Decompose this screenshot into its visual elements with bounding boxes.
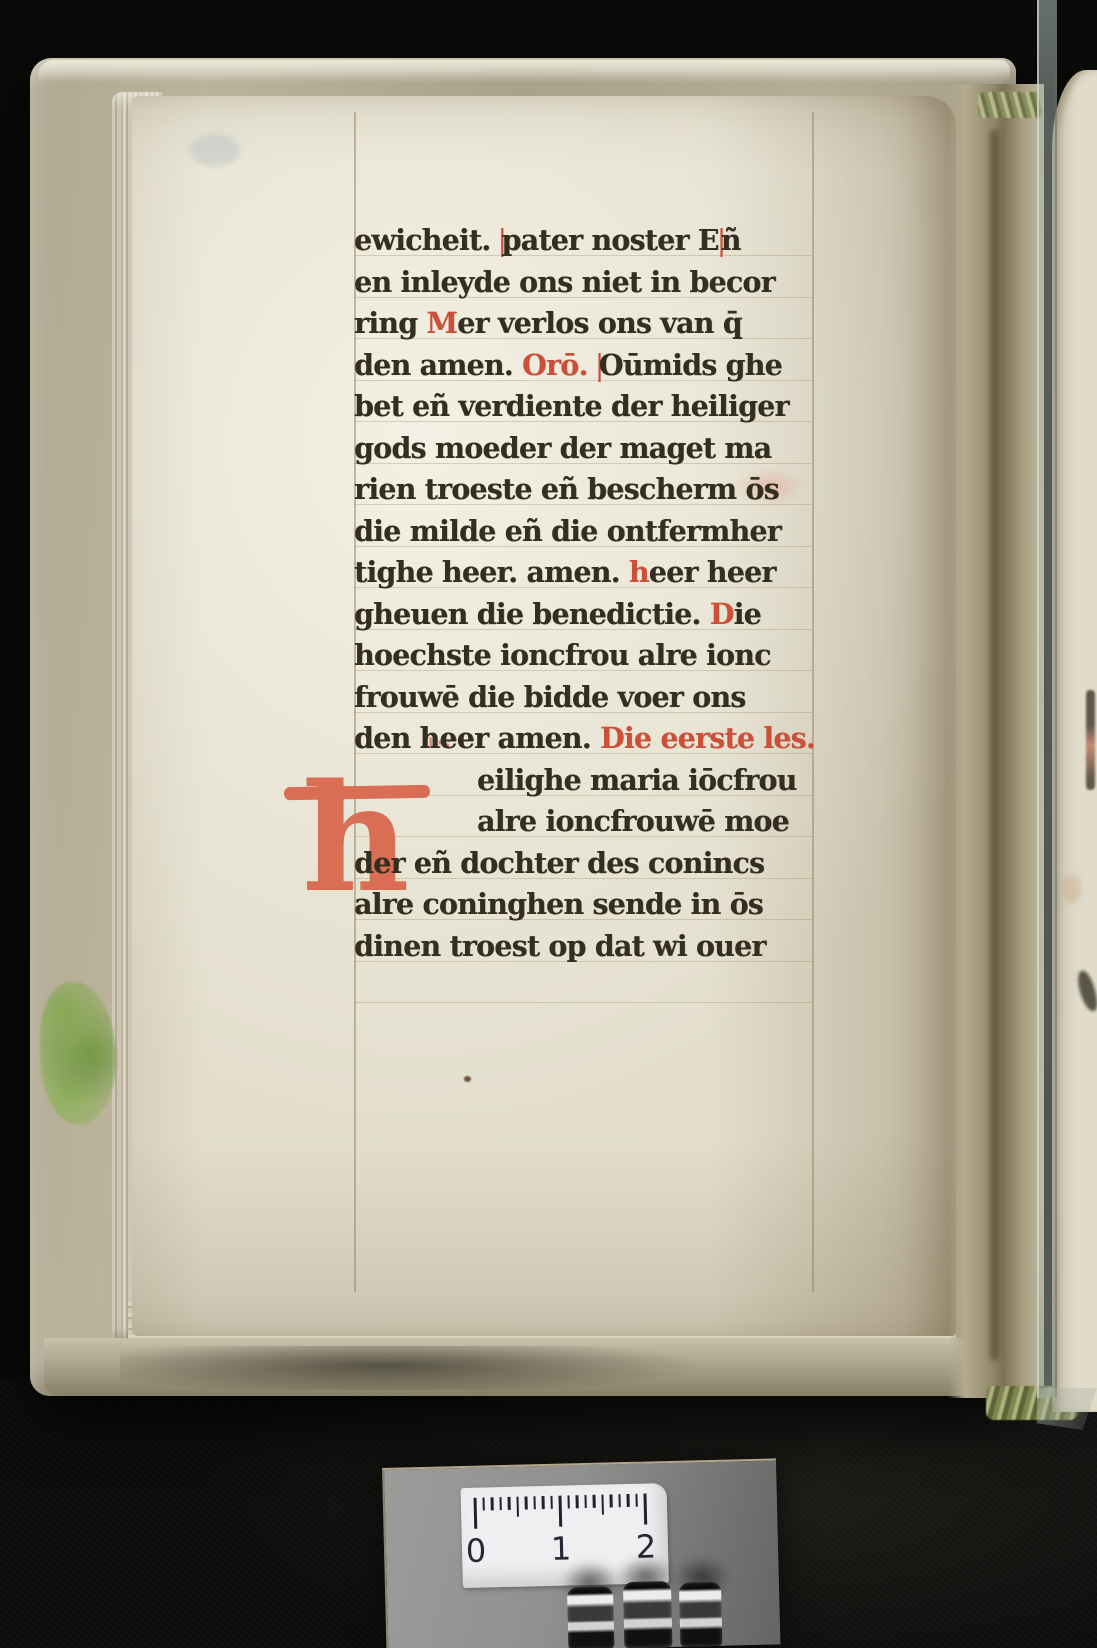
manuscript-line: ewicheit. |pater noster E|ñ: [354, 220, 859, 262]
ruler-tick: [601, 1495, 604, 1515]
ruler-ticks: [475, 1494, 646, 1532]
manuscript-left-page: h les ewicheit. |pater noster E|ñen inle…: [132, 96, 956, 1336]
manuscript-line: en inleyde ons niet in becor: [354, 262, 859, 304]
ruler-tick: [567, 1495, 570, 1508]
ruler-tick: [584, 1495, 587, 1508]
text-ink: ring: [354, 306, 426, 340]
text-ink: pater noster E: [502, 223, 719, 257]
text-ink: tighe heer. amen.: [354, 555, 629, 589]
ruler-tick: [490, 1497, 493, 1510]
text-ink: ewicheit.: [354, 223, 500, 257]
ruler-tick: [626, 1494, 629, 1507]
text-ink: alre coninghen sende in ōs: [354, 887, 763, 921]
text-ink: er verlos ons van q̄: [457, 306, 742, 340]
manuscript-line: bet eñ verdiente der heiliger: [354, 386, 859, 428]
ruler-tick: [482, 1498, 485, 1511]
text-rubric: D: [710, 597, 734, 631]
manuscript-line: den amen. Orō. |Oūmids ghe: [354, 345, 859, 387]
text-ink: bet eñ verdiente der heiliger: [354, 389, 789, 423]
endband-top: [978, 92, 1042, 118]
text-ink: frouwē die bidde voer ons: [354, 680, 745, 714]
text-rubric: Die eerste les.: [600, 721, 815, 755]
text-ink: Oūmids ghe: [599, 348, 782, 382]
facing-page-stain: [1062, 875, 1082, 903]
text-ink: alre ioncfrouwē moe: [477, 804, 789, 838]
cover-bottom-shadow: [120, 1346, 820, 1390]
ruler-tick: [507, 1497, 510, 1510]
ruled-line: [354, 1002, 812, 1003]
manuscript-line: alre ioncfrouwē moe: [354, 801, 859, 843]
gray-scale-card: 012: [382, 1458, 780, 1648]
binder-clip: [623, 1581, 673, 1648]
glass-weight-strip: [1037, 0, 1057, 1398]
facing-page-partial-letter: [1086, 690, 1095, 790]
manuscript-line: ring Mer verlos ons van q̄: [354, 303, 859, 345]
binder-clip: [567, 1586, 615, 1648]
ruler-tick: [516, 1497, 519, 1517]
manuscript-line: den heer amen. Die eerste les.: [354, 718, 859, 760]
ruler-tick: [635, 1494, 638, 1507]
faint-folio-mark: [190, 134, 240, 166]
text-rubric: h: [629, 555, 649, 589]
page-speck: [464, 1076, 471, 1082]
text-ink: den amen.: [354, 348, 522, 382]
ruler-tick: [575, 1495, 578, 1508]
manuscript-photograph: h les ewicheit. |pater noster E|ñen inle…: [0, 0, 1097, 1648]
text-ink: eer heer: [649, 555, 776, 589]
text-ink: die milde eñ die ontfermher: [354, 514, 781, 548]
manuscript-line: hoechste ioncfrou alre ionc: [354, 635, 859, 677]
ruler-tick: [499, 1497, 502, 1510]
manuscript-line: die milde eñ die ontfermher: [354, 511, 859, 553]
ruler-tick: [618, 1494, 621, 1507]
manuscript-line: eilighe maria iōcfrou: [354, 760, 859, 802]
cover-top-highlight: [38, 60, 1010, 82]
facing-page-partial-letter: [1075, 969, 1097, 1013]
text-ink: der eñ dochter des conincs: [354, 846, 764, 880]
ruler-number: 1: [550, 1529, 571, 1567]
text-ink: dinen troest op dat wi ouer: [354, 929, 766, 963]
text-ink: hoechste ioncfrou alre ionc: [354, 638, 771, 672]
text-rubric: M: [426, 306, 457, 340]
manuscript-line: frouwē die bidde voer ons: [354, 677, 859, 719]
text-ink: ie: [734, 597, 761, 631]
ruler-tick: [643, 1494, 646, 1525]
manuscript-line: alre coninghen sende in ōs: [354, 884, 859, 926]
manuscript-line: gods moeder der maget ma: [354, 428, 859, 470]
text-ink: rien troeste eñ bescherm ōs: [354, 472, 779, 506]
ruler-tick: [541, 1496, 544, 1509]
text-rubric: Orō.: [522, 348, 597, 382]
ruler-tick: [533, 1496, 536, 1509]
text-ink: gods moeder der maget ma: [354, 431, 771, 465]
ruler-tick: [524, 1496, 527, 1509]
binder-clip: [679, 1582, 723, 1647]
ruler-tick: [474, 1498, 477, 1529]
text-ink: den heer amen.: [354, 721, 600, 755]
ruler-tick: [592, 1495, 595, 1508]
text-ink: gheuen die benedictie.: [354, 597, 710, 631]
manuscript-line: tighe heer. amen. heer heer: [354, 552, 859, 594]
text-block: ewicheit. |pater noster E|ñen inleyde on…: [354, 220, 859, 967]
gutter-crease: [990, 130, 999, 1360]
ruler-tick: [609, 1494, 612, 1507]
facing-page-sliver: [1052, 70, 1097, 1412]
ruler-tick: [550, 1496, 553, 1509]
ruler-number: 0: [465, 1531, 486, 1569]
manuscript-line: der eñ dochter des conincs: [354, 843, 859, 885]
manuscript-line: gheuen die benedictie. Die: [354, 594, 859, 636]
text-ink: eilighe maria iōcfrou: [477, 763, 797, 797]
manuscript-line: rien troeste eñ bescherm ōs: [354, 469, 859, 511]
ruler-tick: [558, 1496, 561, 1527]
text-ink: en inleyde ons niet in becor: [354, 265, 775, 299]
manuscript-line: dinen troest op dat wi ouer: [354, 926, 859, 968]
text-ink: ñ: [721, 223, 741, 257]
